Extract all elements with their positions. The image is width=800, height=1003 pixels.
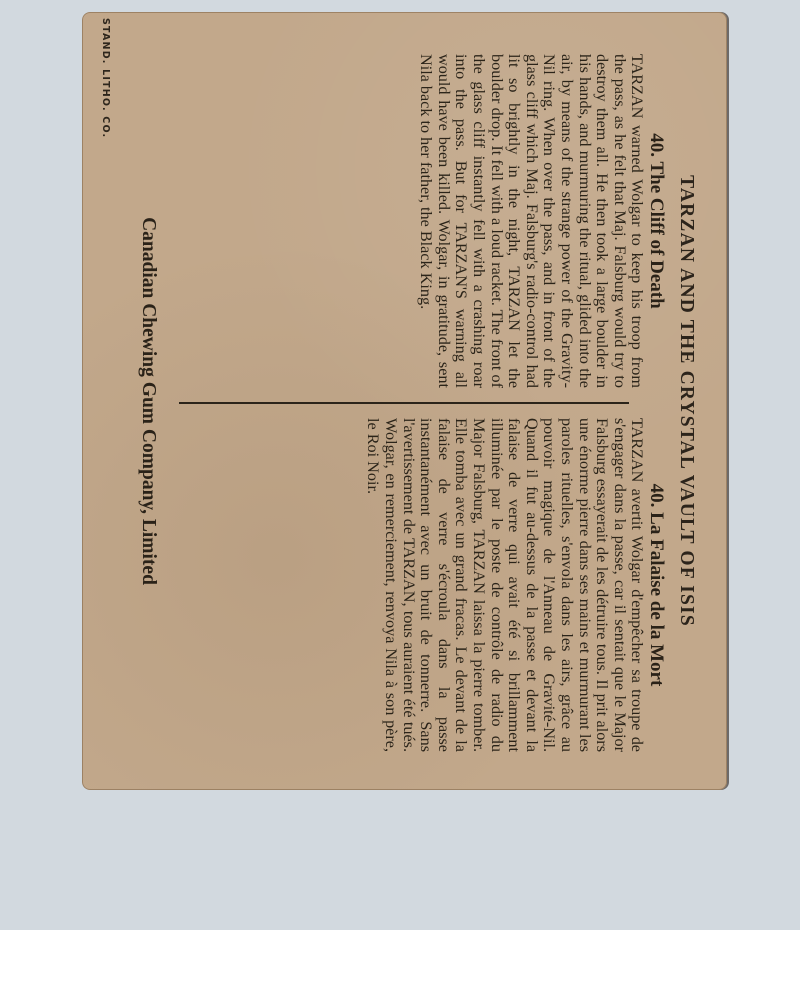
card-edge [723,12,727,790]
company-name: Canadian Chewing Gum Company, Limited [137,12,159,790]
english-column: 40. The Cliff of Death TARZAN warned Wol… [175,40,665,402]
french-column: 40. La Falaise de la Mort TARZAN avertit… [175,404,665,766]
trading-card-back: TARZAN AND THE CRYSTAL VAULT OF ISIS 40.… [82,12,727,790]
series-title: TARZAN AND THE CRYSTAL VAULT OF ISIS [675,12,697,790]
french-body: TARZAN avertit Wolgar d'empêcher sa trou… [364,418,646,752]
printer-credit: STAND. LITHO. CO. [100,18,111,138]
text-columns: 40. The Cliff of Death TARZAN warned Wol… [175,40,665,766]
english-heading: 40. The Cliff of Death [647,54,665,388]
french-heading: 40. La Falaise de la Mort [647,418,665,752]
english-body: TARZAN warned Wolgar to keep his troop f… [417,54,646,388]
